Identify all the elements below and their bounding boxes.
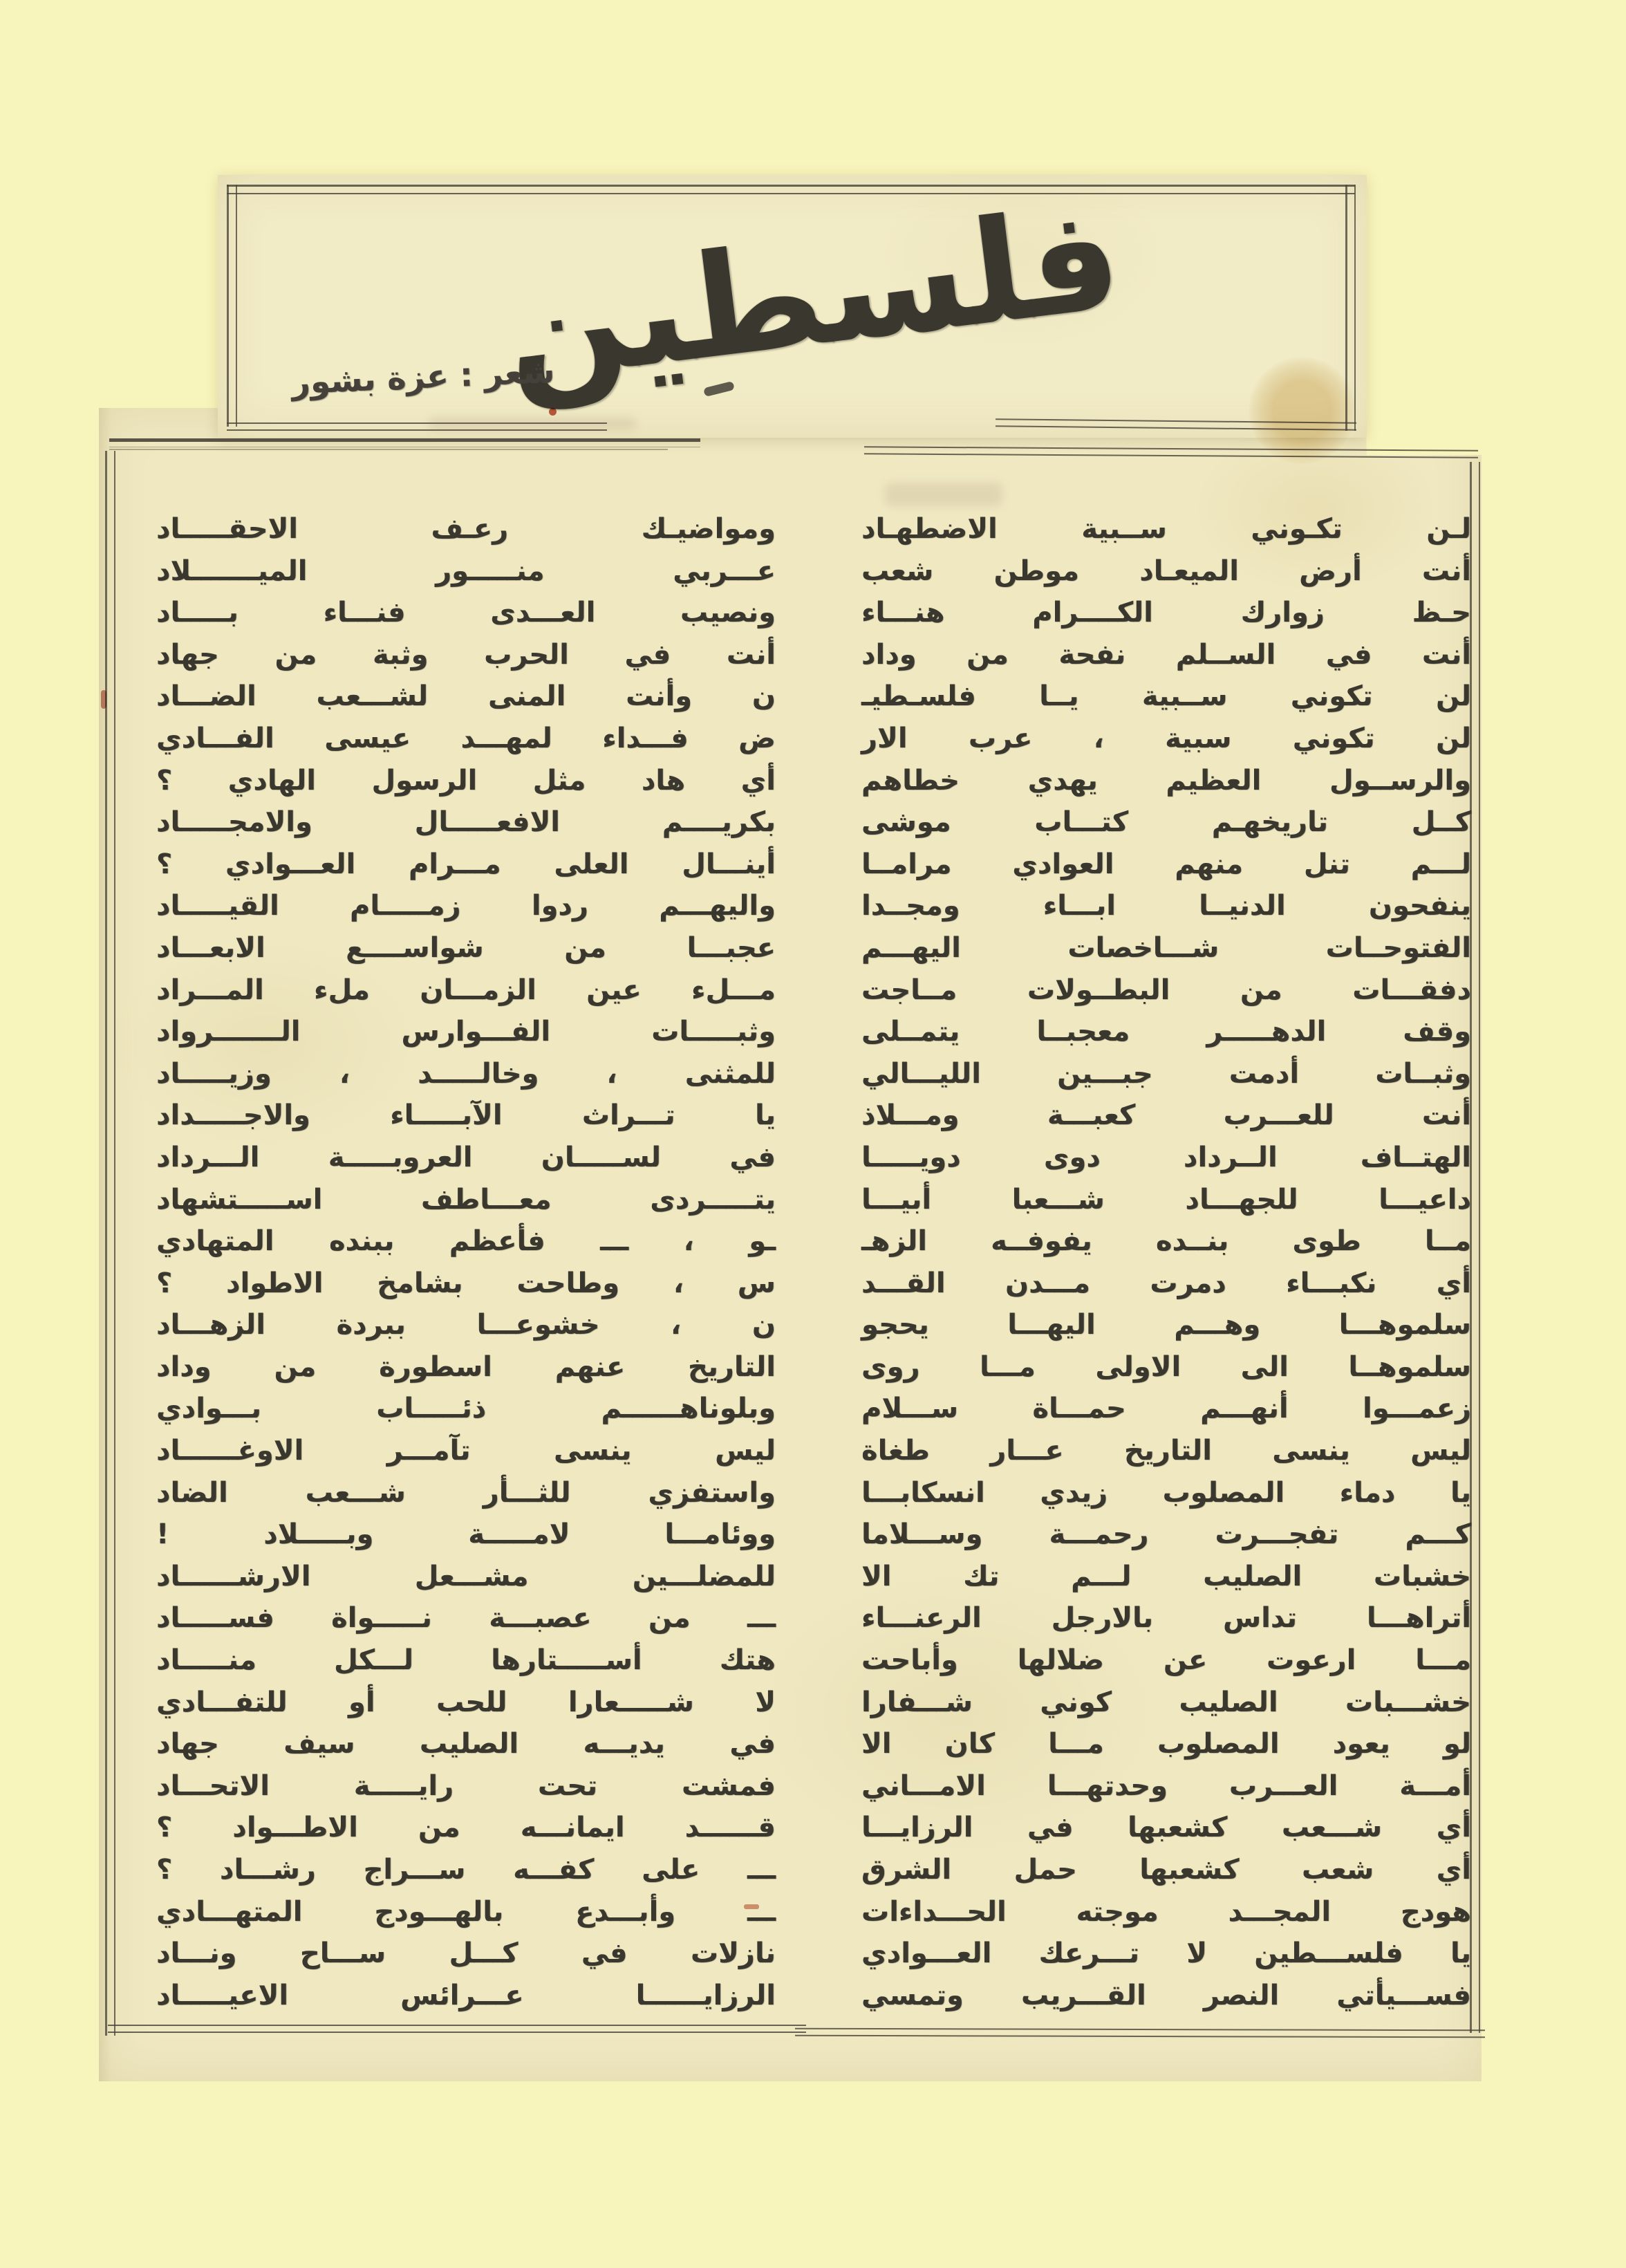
poem-line: ومواضيـك رعـف الاحقـــــاد — [156, 508, 776, 550]
poem-line: أي شعب كشعبها حمل الشرق — [861, 1849, 1471, 1891]
poem-line: أمـــة العـــرب وحدتهـــا الامـــاني — [861, 1765, 1471, 1807]
ink-speck — [744, 1904, 759, 1909]
poem-line: في لســـــان العروبـــــة الـــرداد — [156, 1137, 776, 1179]
poem-column-right: لـن تكـوني ســبية الاضطهـادأنت أرض الميع… — [861, 508, 1471, 2016]
poem-line: فســـيأتي النصر القـــريب وتمسي — [861, 1975, 1471, 2017]
poem-line: أي نكبـــاء دمرت مـــدن القـــد — [861, 1263, 1471, 1305]
poem-line: أينـــال العلى مـــرام العـــوادي ؟ — [156, 844, 776, 886]
text-box-bottom-rule-left — [108, 2025, 806, 2033]
poem-line: هودج المجـــد موجته الحـــداءات — [861, 1891, 1471, 1933]
poem-line: لـــم تنل منهم العوادي مرامــا — [861, 844, 1471, 886]
ink-speck — [101, 690, 106, 709]
left-column-top-rule — [109, 438, 700, 447]
poem-line: خشـــبات الصليب كوني شـــفارا — [861, 1682, 1471, 1724]
poem-line: عـــربي منـــــور الميـــــــلاد — [156, 550, 776, 593]
ghost-print-smudge — [885, 483, 1002, 506]
poem-line: ـــ وأبـــدع بالهـــودج المتهـــادي — [156, 1891, 776, 1933]
poem-line: الرزايــــــا عـــرائس الاعيـــــاد — [156, 1975, 776, 2017]
poem-line: خشبات الصليب لـــم تك الا — [861, 1556, 1471, 1598]
poem-line: عجبـــا من شواســــع الابعـــاد — [156, 927, 776, 969]
poem-line: ن وأنت المنى لشـــعب الضـــاد — [156, 676, 776, 718]
poem-line: يا تـــراث الآبـــــاء والاجـــــداد — [156, 1095, 776, 1137]
poem-line: أي شـــعب كشعبها في الرزايـــا — [861, 1807, 1471, 1849]
poem-line: أنت للعـــرب كعبـــة ومـــلاذ — [861, 1095, 1471, 1137]
poem-line: داعيـــا للجهـــاد شـــعبا أبيـــا — [861, 1179, 1471, 1221]
text-box-right-border — [1470, 462, 1480, 2033]
poem-line: ووئامـــا لامـــــة وبـــــلاد ! — [156, 1514, 776, 1556]
poem-line: الهتــاف الــرداد دوى دويـــــا — [861, 1137, 1471, 1179]
poem-line: لن تكوني ســبية يــا فلسـطيـ — [861, 676, 1471, 718]
poem-line: أنت في الحرب وثبة من جهاد — [156, 634, 776, 676]
poem-line: هتك أســـــتارها لـــكل منـــــاد — [156, 1639, 776, 1682]
poem-line: لا شـــــعارا للحب أو للتفـــادي — [156, 1682, 776, 1724]
poem-line: واستفزي للثـــأر شـــعب الضاد — [156, 1472, 776, 1514]
poem-line: مـــلء عين الزمـــان ملء المـــراد — [156, 969, 776, 1012]
poem-line: أنت في الســلم نفحة من وداد — [861, 634, 1471, 676]
poem-line: أتراهـــا تداس بالارجل الرعنـــاء — [861, 1597, 1471, 1639]
left-column-top-rule-echo — [109, 449, 668, 450]
poem-line: بكريــــم الافعـــــال والامجـــــاد — [156, 801, 776, 844]
poem-line: مــا طوى بنــده يفوفــه الزهـ — [861, 1220, 1471, 1263]
poem-line: مـــا ارعوت عن ضلالها وأباحت — [861, 1639, 1471, 1682]
poem-line: ـــ من عصبـــة نـــــواة فســـــاد — [156, 1597, 776, 1639]
ink-speck — [549, 408, 557, 416]
poem-line: ن ، خشوعـــا ببردة الزهـــاد — [156, 1304, 776, 1346]
poem-line: للمضلـــين مشـــعل الارشــــــاد — [156, 1556, 776, 1598]
poem-line: لن تكوني سبية ، عرب الار — [861, 718, 1471, 760]
poem-line: لو يعود المصلوب مـــا كان الا — [861, 1723, 1471, 1765]
poem-line: أي هاد مثل الرسول الهادي ؟ — [156, 760, 776, 802]
page-background: فلسطين شعر : عزة بشور لـن تكـوني ســبية … — [0, 0, 1626, 2268]
poem-line: دفقـــات من البطــولات مــاجت — [861, 969, 1471, 1012]
poem-line: لـن تكـوني ســبية الاضطهـاد — [861, 508, 1471, 550]
poem-line: للمثنى ، وخالـــــد ، وزيـــــاد — [156, 1053, 776, 1095]
poem-line: ليس ينسى تآمـــر الاوغــــــاد — [156, 1430, 776, 1472]
text-box-left-border — [105, 451, 115, 2036]
poem-line: كــل تاريخهـم كتـــاب موشى — [861, 801, 1471, 844]
ghost-print-smudge — [429, 418, 636, 430]
poem-line: نازلات في كـــل ســـاح ونـــاد — [156, 1933, 776, 1975]
poem-line: يا فلســـطين لا تـــرعك العـــوادي — [861, 1933, 1471, 1975]
poem-line: الفتوحــات شـــاخصات اليهـــم — [861, 927, 1471, 969]
poem-line: كـــم تفجـــرت رحمـــة وســـلاما — [861, 1514, 1471, 1556]
poem-line: ـو ، ـــ فأعظم ببنده المتهادي — [156, 1220, 776, 1263]
poem-line: ونصيب العـــدى فنـــاء بـــــاد — [156, 592, 776, 634]
poem-line: يا دماء المصلوب زيدي انسكابـــا — [861, 1472, 1471, 1514]
poem-line: والرســول العظيم يهدي خطاهم — [861, 760, 1471, 802]
poem-line: وثبـــــات الفـــوارس الـــــــرواد — [156, 1011, 776, 1053]
poem-column-left: ومواضيـك رعـف الاحقـــــادعـــربي منــــ… — [156, 508, 776, 2016]
poem-line: وقف الدهـــــر معجبــا يتمــلى — [861, 1011, 1471, 1053]
poem-line: ض فـــداء لمهـــد عيسى الفـــادي — [156, 718, 776, 760]
poem-line: قــــــد ايمانـــه من الاطـــواد ؟ — [156, 1807, 776, 1849]
paper-stain — [1249, 357, 1356, 464]
poem-line: ينفحون الدنيــا ابـــاء ومجــدا — [861, 885, 1471, 927]
poem-line: فمشت تحت رايـــــة الاتحـــاد — [156, 1765, 776, 1807]
poem-line: س ، وطاحت بشامخ الاطواد ؟ — [156, 1263, 776, 1305]
poem-line: وثبــات أدمت جبـــين الليـــالي — [861, 1053, 1471, 1095]
poem-line: ـــ على كفـــه ســـراج رشـــاد ؟ — [156, 1849, 776, 1891]
poem-line: سلموهــا الى الاولى مـــا روى — [861, 1346, 1471, 1388]
poem-line: ليس ينسى التاريخ عـــار طغاة — [861, 1430, 1471, 1472]
poem-line: وبلوناهــــــم ذئـــــاب بـــوادي — [156, 1388, 776, 1430]
poem-line: أنت أرض الميعـاد موطن شعب — [861, 550, 1471, 593]
poem-line: حـظ زوارك الكــــرام هنـــاء — [861, 592, 1471, 634]
poem-line: زعمـــوا أنهـــم حمـــاة ســـلام — [861, 1388, 1471, 1430]
poem-line: التاريخ عنهم اسطورة من وداد — [156, 1346, 776, 1388]
poem-line: واليهـــم ردوا زمـــــام القيـــــاد — [156, 885, 776, 927]
poem-line: سلموهـــا وهـــم اليهـــا يحجو — [861, 1304, 1471, 1346]
poem-line: يتـــــردى معـــاطف اســـــتشهاد — [156, 1179, 776, 1221]
poem-line: في يديـــه الصليب سيف جهاد — [156, 1723, 776, 1765]
